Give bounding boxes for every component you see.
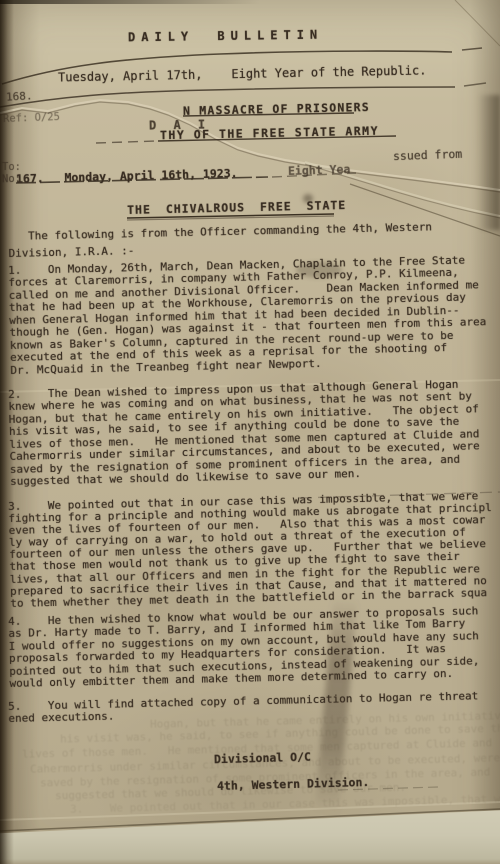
margin-page-number: 168. xyxy=(6,89,33,103)
issued-from-fragment: ssued from xyxy=(393,147,463,163)
paragraph-3: 3. We pointed out that in our case this … xyxy=(8,490,494,610)
bulletin-dateline: Tuesday, April 17th, Eight Year of the R… xyxy=(58,63,427,84)
scanned-bulletin-page: DAILY BULLETIN Tuesday, April 17th, Eigh… xyxy=(0,0,500,864)
crease-line-corner xyxy=(455,0,500,46)
paragraph-4: 4. He then wished to know what would be … xyxy=(8,605,480,690)
margin-ref-note: Ref: O/25 xyxy=(3,111,60,125)
top-edge-shadow xyxy=(0,0,260,4)
paragraph-1: 1. On Monday, 26th, March, Dean Macken, … xyxy=(8,254,487,377)
heading-underline-echo xyxy=(127,216,334,220)
headline2-underline-dashes xyxy=(96,141,156,143)
paragraph-2: 2. The Dean wished to impress upon us th… xyxy=(8,378,480,488)
era-fragment: Eight Yea xyxy=(288,162,351,178)
headline-massacre: N MASSACRE OF PRISONERS xyxy=(183,100,370,118)
masthead-rule-2-dash xyxy=(464,83,486,86)
right-tear-shading xyxy=(478,95,500,230)
signature-role: Divisional O/C xyxy=(214,750,311,767)
masthead-rule-1-dash xyxy=(462,48,482,50)
bulletin-title: DAILY BULLETIN xyxy=(128,28,323,45)
issue-dateline: 167. Monday, April 16th, 1923. xyxy=(16,166,238,186)
section-heading: THE CHIVALROUS FREE STATE xyxy=(127,198,346,217)
